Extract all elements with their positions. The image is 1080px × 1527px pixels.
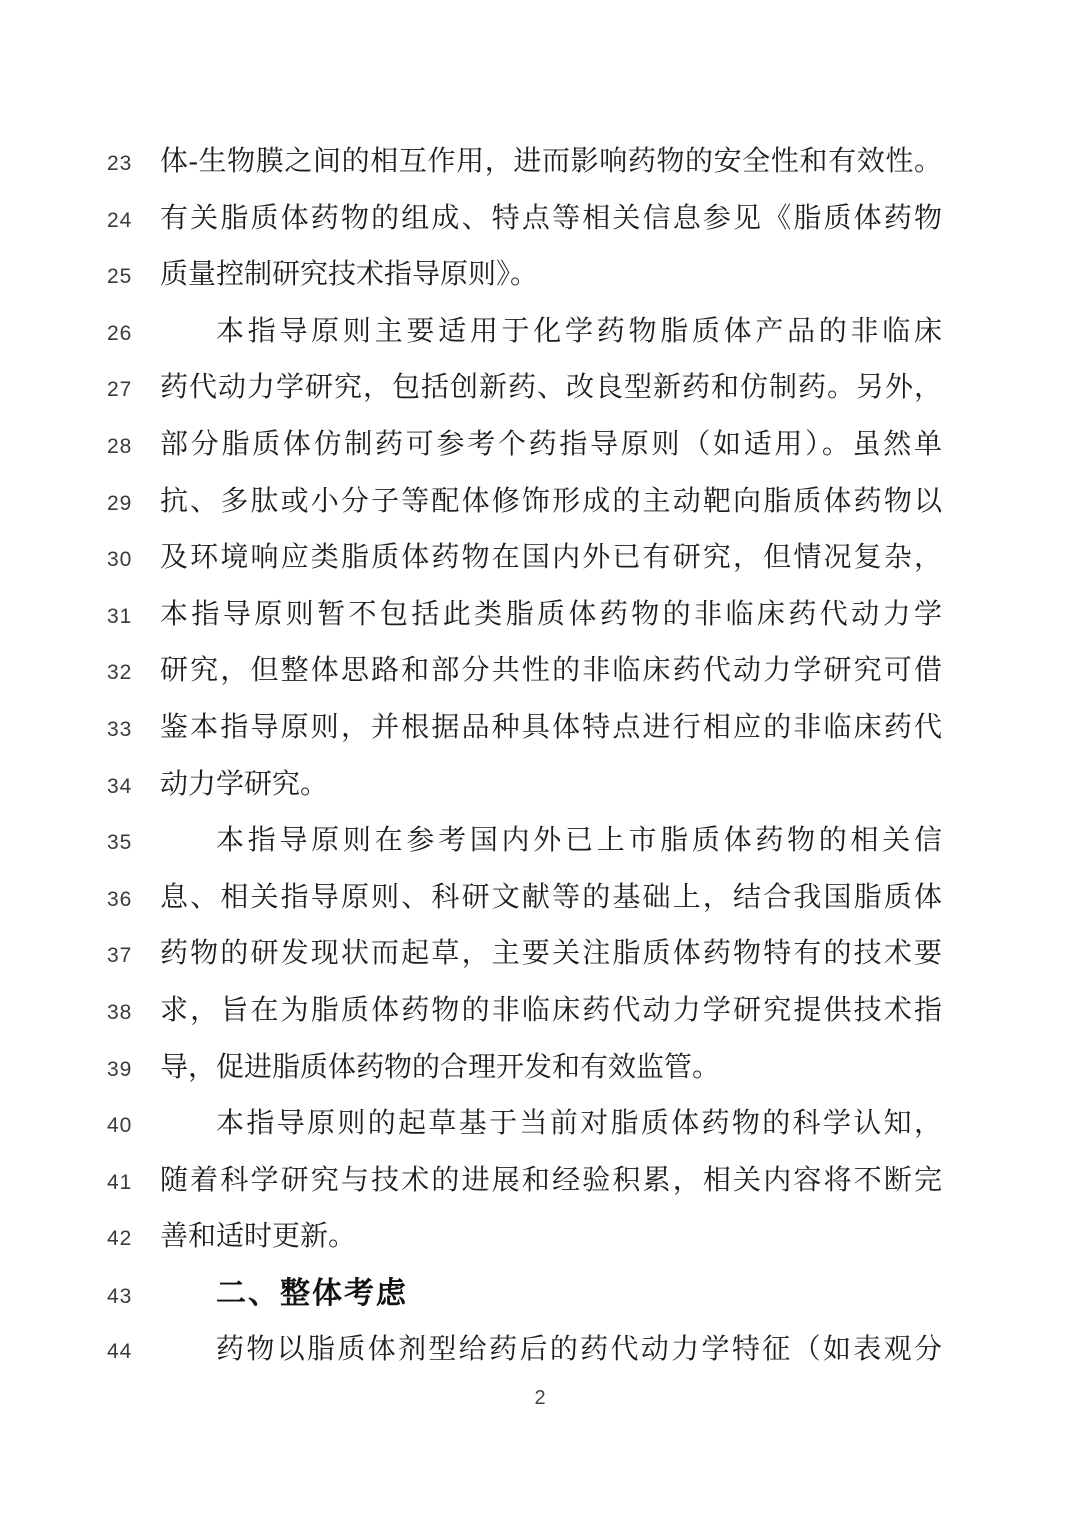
line-text: 二、整体考虑 bbox=[160, 1266, 1080, 1323]
document-line: 25 质量控制研究技术指导原则》。 bbox=[0, 247, 1080, 304]
line-number: 23 bbox=[0, 136, 160, 193]
line-number: 33 bbox=[0, 702, 160, 759]
document-line: 23 体-生物膜之间的相互作用，进而影响药物的安全性和有效性。 bbox=[0, 134, 1080, 191]
line-text: 药物的研发现状而起草，主要关注脂质体药物特有的技术要 bbox=[160, 926, 1080, 983]
line-number: 42 bbox=[0, 1211, 160, 1268]
line-text: 药代动力学研究，包括创新药、改良型新药和仿制药。另外， bbox=[160, 360, 1080, 417]
line-text: 及环境响应类脂质体药物在国内外已有研究，但情况复杂， bbox=[160, 530, 1080, 587]
line-text: 求，旨在为脂质体药物的非临床药代动力学研究提供技术指 bbox=[160, 983, 1080, 1040]
document-line: 40 本指导原则的起草基于当前对脂质体药物的科学认知， bbox=[0, 1096, 1080, 1153]
line-text: 息、相关指导原则、科研文献等的基础上，结合我国脂质体 bbox=[160, 870, 1080, 927]
line-text: 动力学研究。 bbox=[160, 757, 1080, 814]
line-number: 35 bbox=[0, 815, 160, 872]
document-line: 29 抗、多肽或小分子等配体修饰形成的主动靶向脂质体药物以 bbox=[0, 474, 1080, 531]
document-line: 27 药代动力学研究，包括创新药、改良型新药和仿制药。另外， bbox=[0, 360, 1080, 417]
line-number: 41 bbox=[0, 1155, 160, 1212]
line-text: 鉴本指导原则，并根据品种具体特点进行相应的非临床药代 bbox=[160, 700, 1080, 757]
line-text: 部分脂质体仿制药可参考个药指导原则（如适用）。虽然单 bbox=[160, 417, 1080, 474]
page-number-footer: 2 bbox=[0, 1387, 1080, 1410]
line-number: 27 bbox=[0, 362, 160, 419]
line-number: 25 bbox=[0, 249, 160, 306]
line-text: 药物以脂质体剂型给药后的药代动力学特征（如表观分 bbox=[160, 1322, 1080, 1379]
line-text: 质量控制研究技术指导原则》。 bbox=[160, 247, 1080, 304]
document-line: 41 随着科学研究与技术的进展和经验积累，相关内容将不断完 bbox=[0, 1153, 1080, 1210]
line-text: 抗、多肽或小分子等配体修饰形成的主动靶向脂质体药物以 bbox=[160, 474, 1080, 531]
line-number: 39 bbox=[0, 1042, 160, 1099]
line-text: 本指导原则在参考国内外已上市脂质体药物的相关信 bbox=[160, 813, 1080, 870]
document-line: 32 研究，但整体思路和部分共性的非临床药代动力学研究可借 bbox=[0, 643, 1080, 700]
line-number: 34 bbox=[0, 759, 160, 816]
line-number: 32 bbox=[0, 645, 160, 702]
document-line: 43 二、整体考虑 bbox=[0, 1266, 1080, 1323]
line-text: 研究，但整体思路和部分共性的非临床药代动力学研究可借 bbox=[160, 643, 1080, 700]
line-number: 40 bbox=[0, 1098, 160, 1155]
line-text: 体-生物膜之间的相互作用，进而影响药物的安全性和有效性。 bbox=[160, 134, 1080, 191]
document-page: 23 体-生物膜之间的相互作用，进而影响药物的安全性和有效性。 24 有关脂质体… bbox=[0, 0, 1080, 1527]
document-line: 34 动力学研究。 bbox=[0, 757, 1080, 814]
document-line: 31 本指导原则暂不包括此类脂质体药物的非临床药代动力学 bbox=[0, 587, 1080, 644]
line-number: 44 bbox=[0, 1324, 160, 1381]
document-line: 39 导，促进脂质体药物的合理开发和有效监管。 bbox=[0, 1040, 1080, 1097]
line-number: 29 bbox=[0, 476, 160, 533]
document-line: 35 本指导原则在参考国内外已上市脂质体药物的相关信 bbox=[0, 813, 1080, 870]
document-line: 30 及环境响应类脂质体药物在国内外已有研究，但情况复杂， bbox=[0, 530, 1080, 587]
line-text: 善和适时更新。 bbox=[160, 1209, 1080, 1266]
document-lines: 23 体-生物膜之间的相互作用，进而影响药物的安全性和有效性。 24 有关脂质体… bbox=[0, 134, 1080, 1379]
line-number: 28 bbox=[0, 419, 160, 476]
document-line: 26 本指导原则主要适用于化学药物脂质体产品的非临床 bbox=[0, 304, 1080, 361]
document-line: 38 求，旨在为脂质体药物的非临床药代动力学研究提供技术指 bbox=[0, 983, 1080, 1040]
line-number: 36 bbox=[0, 872, 160, 929]
document-line: 42 善和适时更新。 bbox=[0, 1209, 1080, 1266]
line-number: 24 bbox=[0, 193, 160, 250]
document-line: 36 息、相关指导原则、科研文献等的基础上，结合我国脂质体 bbox=[0, 870, 1080, 927]
line-text: 本指导原则暂不包括此类脂质体药物的非临床药代动力学 bbox=[160, 587, 1080, 644]
document-line: 28 部分脂质体仿制药可参考个药指导原则（如适用）。虽然单 bbox=[0, 417, 1080, 474]
document-line: 33 鉴本指导原则，并根据品种具体特点进行相应的非临床药代 bbox=[0, 700, 1080, 757]
document-line: 24 有关脂质体药物的组成、特点等相关信息参见《脂质体药物 bbox=[0, 191, 1080, 248]
line-number: 30 bbox=[0, 532, 160, 589]
line-number: 38 bbox=[0, 985, 160, 1042]
document-line: 44 药物以脂质体剂型给药后的药代动力学特征（如表观分 bbox=[0, 1322, 1080, 1379]
line-number: 37 bbox=[0, 928, 160, 985]
line-text: 有关脂质体药物的组成、特点等相关信息参见《脂质体药物 bbox=[160, 191, 1080, 248]
document-line: 37 药物的研发现状而起草，主要关注脂质体药物特有的技术要 bbox=[0, 926, 1080, 983]
line-text: 本指导原则的起草基于当前对脂质体药物的科学认知， bbox=[160, 1096, 1080, 1153]
line-number: 43 bbox=[0, 1269, 160, 1326]
line-number: 31 bbox=[0, 589, 160, 646]
line-text: 导，促进脂质体药物的合理开发和有效监管。 bbox=[160, 1040, 1080, 1097]
line-number: 26 bbox=[0, 306, 160, 363]
line-text: 随着科学研究与技术的进展和经验积累，相关内容将不断完 bbox=[160, 1153, 1080, 1210]
line-text: 本指导原则主要适用于化学药物脂质体产品的非临床 bbox=[160, 304, 1080, 361]
